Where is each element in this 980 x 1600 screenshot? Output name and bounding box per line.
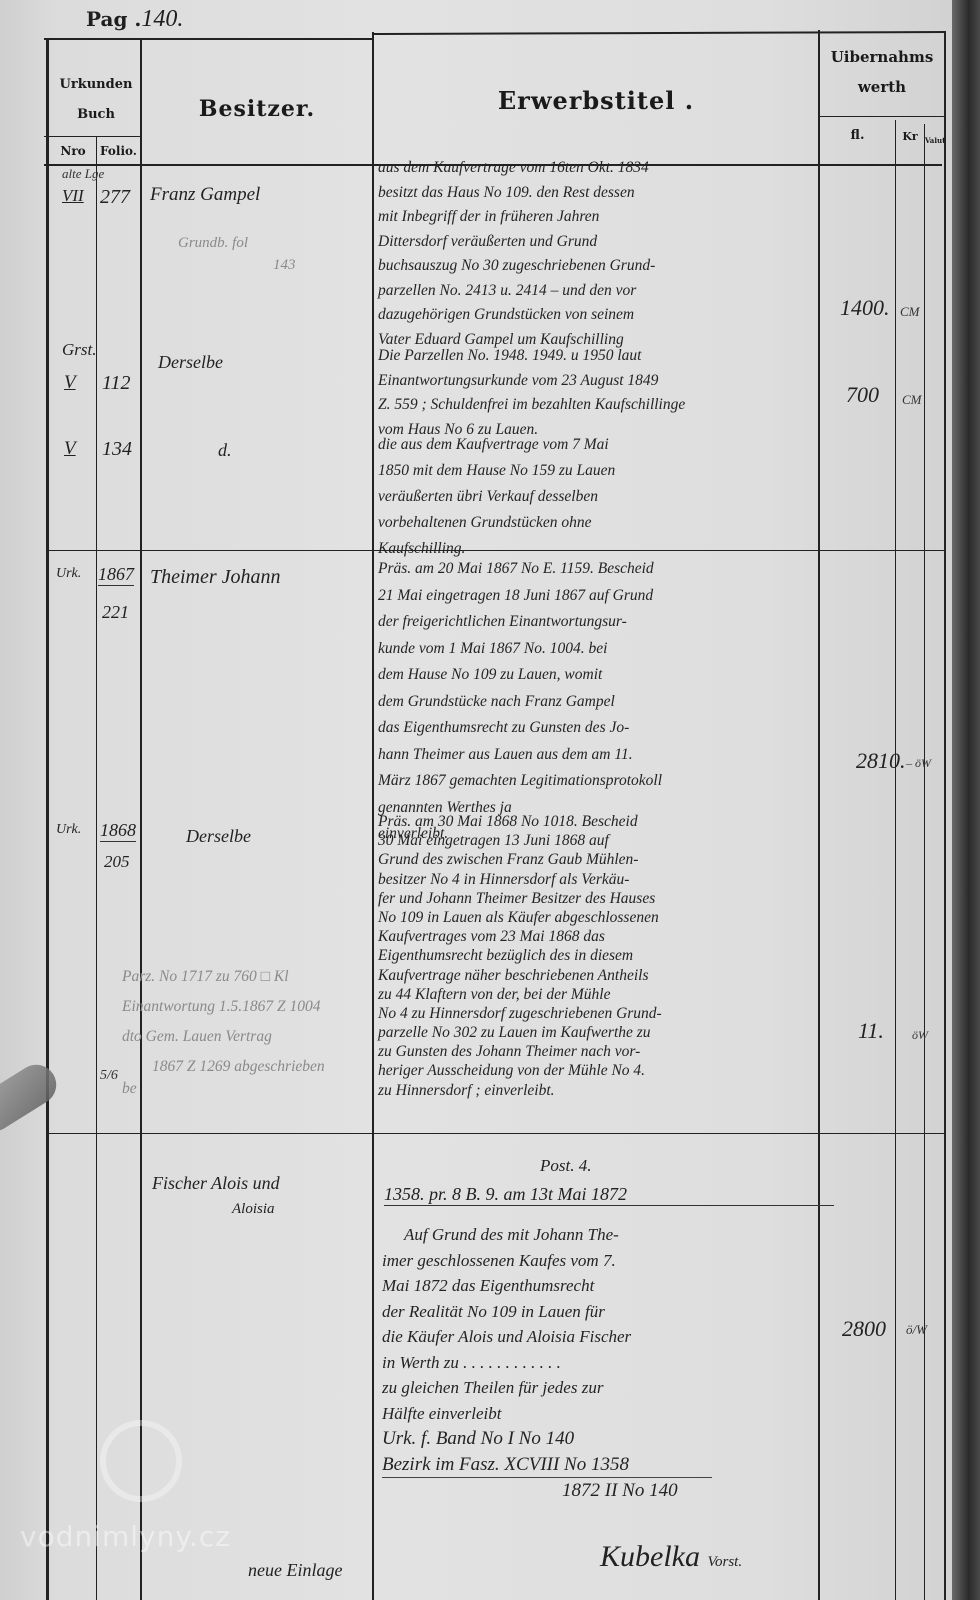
entry5-line: fer und Johann Theimer Besitzer des Haus…: [378, 889, 662, 908]
table-top-border-right: [372, 31, 946, 35]
entry6-line: imer geschlossenen Kaufes vom 7.: [382, 1248, 712, 1274]
col-kr-valuta: [924, 124, 925, 1600]
footer-note: neue Einlage: [248, 1560, 342, 1581]
entry5-line: 30 Mai eingetragen 13 Juni 1868 auf: [378, 831, 662, 850]
entry5-fl: 11.: [858, 1018, 884, 1044]
entry6-besitzer: Fischer Alois und Aloisia: [152, 1170, 280, 1222]
entry2-line: Einantwortungsurkunde vom 23 August 1849: [378, 369, 685, 394]
urkunden-subheader-line: [44, 136, 140, 137]
entry5-erwerbstitel: Präs. am 30 Mai 1868 No 1018. Bescheid 3…: [378, 812, 662, 1100]
entry6-besitzer-line: Fischer Alois und: [152, 1170, 280, 1196]
entry4-line: der freigerichtlichen Einantwortungsur-: [378, 609, 662, 636]
entry2-nro-note: Grst.: [62, 340, 96, 360]
entry4-folio: 221: [102, 602, 129, 623]
entry5-line: besitzer No 4 in Hinnersdorf als Verkäu-: [378, 870, 662, 889]
entry3-folio: 134: [102, 438, 132, 461]
header-urkunden: Urkunden: [50, 70, 142, 100]
entry5-nro: Urk.: [56, 822, 81, 838]
entry3-divider: [48, 550, 944, 551]
entry4-line: das Eigenthumsrecht zu Gunsten des Jo-: [378, 715, 662, 742]
entry5-line: zu Hinnersdorf ; einverleibt.: [378, 1081, 662, 1100]
entry5-line: Eigenthumsrecht bezüglich des in diesem: [378, 946, 662, 965]
entry1-line: Dittersdorf veräußerten und Grund: [378, 230, 655, 255]
watermark: vodnimlyny.cz: [20, 1520, 231, 1553]
header-nro: Nro: [50, 144, 96, 158]
entry5-note-line: Einantwortung 1.5.1867 Z 1004: [122, 992, 325, 1022]
entry1-nro-note: alte Lge: [62, 166, 104, 182]
entry5-folio: 205: [104, 852, 130, 872]
entry1-besitzer: Franz Gampel: [150, 184, 260, 206]
entry5-line: Präs. am 30 Mai 1868 No 1018. Bescheid: [378, 812, 662, 831]
entry6-line: Urk. f. Band No I No 140: [382, 1426, 712, 1452]
header-werth: werth: [820, 72, 944, 102]
entry6-line: Mai 1872 das Eigenthumsrecht: [382, 1273, 712, 1299]
entry3-line: vorbehaltenen Grundstücken ohne: [378, 510, 615, 536]
page-number-value: 140.: [141, 6, 183, 32]
entry6-valuta: ö/W: [906, 1322, 927, 1338]
werth-subheader-line: [818, 116, 944, 117]
entry6-signature: Kubelka Vorst.: [600, 1540, 742, 1574]
entry2-valuta: CM: [902, 392, 922, 408]
entry1-folio: 277: [100, 186, 130, 209]
entry3-erwerbstitel: die aus dem Kaufvertrage vom 7 Mai 1850 …: [378, 432, 615, 562]
entry5-besitzer: Derselbe: [186, 826, 251, 847]
entry5-line: Kaufvertrage näher beschriebenen Antheil…: [378, 966, 662, 985]
entry3-nro: V: [64, 438, 76, 460]
header-erwerbstitel: Erwerbstitel .: [374, 86, 818, 115]
entry1-nro: VII: [62, 186, 84, 206]
entry6-line: die Käufer Alois und Aloisia Fischer: [382, 1324, 712, 1350]
header-valuta: Valuta: [925, 136, 945, 145]
entry6-line: zu gleichen Theilen für jedes zur: [382, 1375, 712, 1401]
entry2-besitzer: Derselbe: [158, 352, 223, 373]
entry5-divider: [48, 1133, 944, 1134]
entry6-besitzer-line: Aloisia: [152, 1196, 280, 1222]
book-spine: [952, 0, 980, 1600]
entry3-line: die aus dem Kaufvertrage vom 7 Mai: [378, 432, 615, 458]
col-besitzer-erwerb: [372, 32, 374, 1600]
ledger-page: Pag .140. Urkunden Buch Nro Folio. Besit…: [0, 0, 952, 1600]
entry1-fl: 1400.: [840, 295, 890, 321]
entry4-line: dem Grundstücke nach Franz Gampel: [378, 689, 662, 716]
entry3-line: veräußerten übri Verkauf desselben: [378, 484, 615, 510]
col-left-border: [46, 38, 49, 1600]
entry5-valuta: öW: [912, 1028, 928, 1043]
entry6-fl: 2800: [842, 1316, 886, 1342]
entry4-fl: 2810.: [856, 748, 906, 774]
entry5-line: zu 44 Klaftern von der, bei der Mühle: [378, 985, 662, 1004]
entry5-line: No 109 in Lauen als Käufer abgeschlossen…: [378, 908, 662, 927]
entry1-line: parzellen No. 2413 u. 2414 – und den vor: [378, 279, 655, 304]
entry5-line: No 4 zu Hinnersdorf zugeschriebenen Grun…: [378, 1004, 662, 1023]
entry6-line: 1872 II No 140: [382, 1477, 712, 1504]
header-kr: Kr: [896, 130, 924, 143]
entry4-line: Präs. am 20 Mai 1867 No E. 1159. Beschei…: [378, 556, 662, 583]
header-urkunden-buch: Urkunden Buch: [50, 70, 142, 130]
entry4-line: 21 Mai eingetragen 18 Juni 1867 auf Grun…: [378, 583, 662, 610]
entry1-valuta: CM: [900, 304, 920, 320]
col-fl-kr: [895, 120, 896, 1600]
entry5-note-line: Parz. No 1717 zu 760 □ Kl: [122, 962, 325, 992]
header-fl: fl.: [820, 128, 895, 143]
entry1-line: aus dem Kaufvertrage vom 16ten Okt. 1834: [378, 156, 655, 181]
entry4-line: März 1867 gemachten Legitimationsprotoko…: [378, 768, 662, 795]
entry1-line: besitzt das Haus No 109. den Rest dessen: [378, 181, 655, 206]
col-right-border: [944, 32, 946, 1600]
entry5-line: zu Gunsten des Johann Theimer nach vor-: [378, 1042, 662, 1061]
entry1-note-line: Grundb. fol: [178, 232, 296, 254]
entry4-line: hann Theimer aus Lauen aus dem am 11.: [378, 742, 662, 769]
entry6-line: Bezirk im Fasz. XCVIII No 1358: [382, 1452, 712, 1478]
entry5-line: Kaufvertrages vom 23 Mai 1868 das: [378, 927, 662, 946]
entry1-note-line: 143: [178, 254, 296, 276]
entry2-nro: V: [64, 372, 76, 394]
entry1-besitzer-note: Grundb. fol 143: [178, 232, 296, 276]
entry2-line: Z. 559 ; Schuldenfrei im bezahlten Kaufs…: [378, 393, 685, 418]
entry6-line: der Realität No 109 in Lauen für: [382, 1299, 712, 1325]
entry5-folio-top: 1868: [100, 820, 136, 842]
entry4-line: dem Hause No 109 zu Lauen, womit: [378, 662, 662, 689]
entry4-folio-top: 1867: [98, 564, 134, 586]
table-top-border: [44, 38, 374, 40]
entry3-besitzer: d.: [218, 440, 232, 461]
page-label: Pag: [86, 7, 127, 31]
entry6-ref: 1358. pr. 8 B. 9. am 13t Mai 1872: [384, 1184, 834, 1206]
page-number: Pag .140.: [86, 6, 183, 33]
entry5-besitzer-note: Parz. No 1717 zu 760 □ Kl Einantwortung …: [122, 962, 325, 1104]
entry1-line: buchsauszug No 30 zugeschriebenen Grund-: [378, 254, 655, 279]
entry5-note-line: 1867 Z 1269 abgeschrieben: [122, 1052, 325, 1082]
entry2-line: Die Parzellen No. 1948. 1949. u 1950 lau…: [378, 344, 685, 369]
entry4-erwerbstitel: Präs. am 20 Mai 1867 No E. 1159. Beschei…: [378, 556, 662, 848]
col-folio-besitzer: [140, 38, 142, 1600]
entry5-line: heriger Ausscheidung von der Mühle No 4.: [378, 1061, 662, 1080]
entry4-besitzer: Theimer Johann: [150, 566, 281, 589]
signature-suffix: Vorst.: [707, 1554, 742, 1570]
finger-shadow: [0, 1057, 64, 1139]
col-erwerb-fl: [818, 30, 820, 1600]
entry2-fl: 700: [846, 382, 879, 408]
entry1-erwerbstitel: aus dem Kaufvertrage vom 16ten Okt. 1834…: [378, 156, 655, 352]
entry4-nro: Urk.: [56, 566, 81, 582]
signature: Kubelka: [600, 1540, 700, 1573]
entry6-line: in Werth zu . . . . . . . . . . . .: [382, 1350, 712, 1376]
entry5-folio-note: 5/6: [100, 1068, 118, 1084]
entry1-line: mit Inbegriff der in früheren Jahren: [378, 205, 655, 230]
entry6-erwerbstitel: Auf Grund des mit Johann The- imer gesch…: [382, 1222, 712, 1504]
header-buch: Buch: [50, 100, 142, 130]
entry3-line: 1850 mit dem Hause No 159 zu Lauen: [378, 458, 615, 484]
entry5-note-line: dto Gem. Lauen Vertrag: [122, 1022, 325, 1052]
header-folio: Folio.: [97, 144, 140, 158]
header-besitzer: Besitzer.: [142, 96, 372, 122]
entry4-valuta: – öW: [906, 756, 931, 771]
entry6-line: Auf Grund des mit Johann The-: [382, 1222, 712, 1248]
entry6-post: Post. 4.: [540, 1156, 591, 1176]
entry2-folio: 112: [102, 372, 131, 395]
entry5-line: parzelle No 302 zu Lauen im Kaufwerthe z…: [378, 1023, 662, 1042]
watermark-wheel-icon: [100, 1420, 182, 1502]
entry2-erwerbstitel: Die Parzellen No. 1948. 1949. u 1950 lau…: [378, 344, 685, 442]
entry1-line: dazugehörigen Grundstücken von seinem: [378, 303, 655, 328]
entry6-line: Hälfte einverleibt: [382, 1401, 712, 1427]
entry5-line: Grund des zwischen Franz Gaub Mühlen-: [378, 850, 662, 869]
header-uibernahms: Uibernahms: [820, 42, 944, 72]
entry4-line: kunde vom 1 Mai 1867 No. 1004. bei: [378, 636, 662, 663]
header-uibernahms-werth: Uibernahms werth: [820, 42, 944, 102]
